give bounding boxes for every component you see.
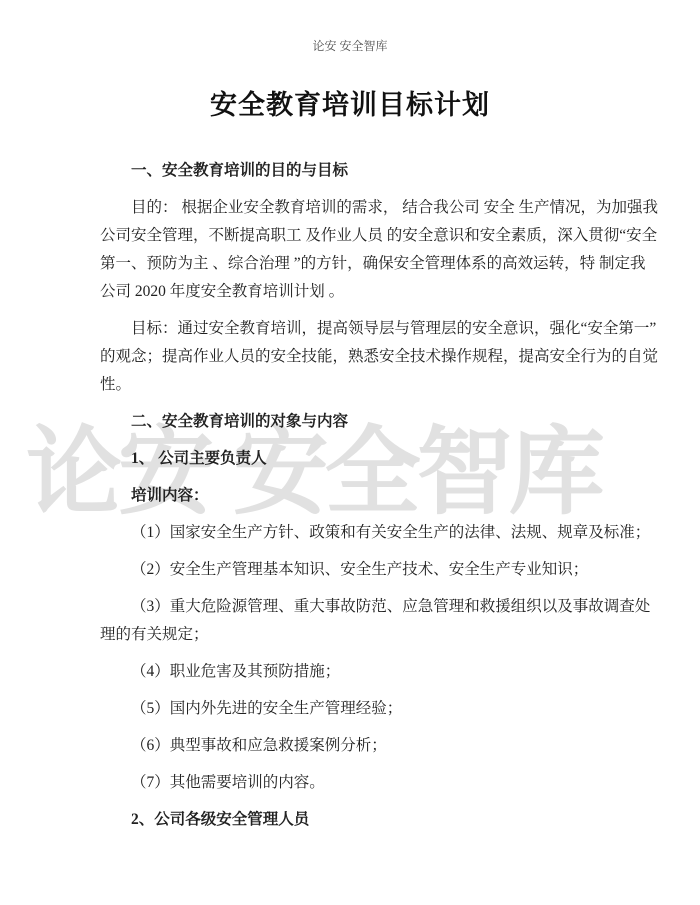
paragraph-line: （3）重大危险源管理、重大事故防范、应急管理和救援组织以及事故调查处 — [100, 593, 600, 621]
paragraph: （6）典型事故和应急救援案例分析； — [100, 732, 600, 760]
paragraph: （7）其他需要培训的内容。 — [100, 769, 600, 797]
paragraph: （4）职业危害及其预防措施； — [100, 658, 600, 686]
paragraph-line: 目的： 根据企业安全教育培训的需求， 结合我公司 安全 生产情况，为加强我 — [100, 194, 600, 222]
paragraph-line: （1）国家安全生产方针、政策和有关安全生产的法律、法规、规章及标准； — [100, 519, 600, 547]
paragraph-line: （4）职业危害及其预防措施； — [100, 658, 600, 686]
paragraph-line: 第一、预防为主 、综合治理 ”的方针，确保安全管理体系的高效运转，特 制定我 — [100, 250, 600, 278]
paragraph-line: 1、 公司主要负责人 — [100, 445, 600, 473]
paragraph: （3）重大危险源管理、重大事故防范、应急管理和救援组织以及事故调查处理的有关规定… — [100, 593, 600, 649]
paragraph: 2、公司各级安全管理人员 — [100, 806, 600, 834]
document-page: 论安 安全智库 论安 安全智库 安全教育培训目标计划 一、安全教育培训的目的与目… — [0, 0, 700, 905]
paragraph-line: 目标：通过安全教育培训，提高领导层与管理层的安全意识，强化“安全第一” — [100, 315, 600, 343]
paragraph: 培训内容： — [100, 482, 600, 510]
paragraph: 目标：通过安全教育培训，提高领导层与管理层的安全意识，强化“安全第一”的观念；提… — [100, 315, 600, 399]
paragraph-line: （2）安全生产管理基本知识、安全生产技术、安全生产专业知识； — [100, 556, 600, 584]
paragraph: （2）安全生产管理基本知识、安全生产技术、安全生产专业知识； — [100, 556, 600, 584]
paragraph-line: 一、安全教育培训的目的与目标 — [100, 157, 600, 185]
paragraph-line: 公司 2020 年度安全教育培训计划 。 — [100, 278, 600, 306]
paragraph-line: （7）其他需要培训的内容。 — [100, 769, 600, 797]
paragraph-line: 公司安全管理，不断提高职工 及作业人员 的安全意识和安全素质，深入贯彻“安全 — [100, 222, 600, 250]
document-body: 一、安全教育培训的目的与目标目的： 根据企业安全教育培训的需求， 结合我公司 安… — [100, 157, 600, 834]
paragraph: 目的： 根据企业安全教育培训的需求， 结合我公司 安全 生产情况，为加强我公司安… — [100, 194, 600, 306]
paragraph: （5）国内外先进的安全生产管理经验； — [100, 695, 600, 723]
document-title: 安全教育培训目标计划 — [0, 85, 700, 125]
paragraph-line: （5）国内外先进的安全生产管理经验； — [100, 695, 600, 723]
paragraph-line: 二、安全教育培训的对象与内容 — [100, 408, 600, 436]
paragraph: 二、安全教育培训的对象与内容 — [100, 408, 600, 436]
paragraph-line: 的观念；提高作业人员的安全技能，熟悉安全技术操作规程，提高安全行为的自觉 — [100, 343, 600, 371]
paragraph-line: 性。 — [100, 371, 600, 399]
paragraph-line: 2、公司各级安全管理人员 — [100, 806, 600, 834]
document-content: 论安 安全智库 安全教育培训目标计划 一、安全教育培训的目的与目标目的： 根据企… — [0, 0, 700, 834]
paragraph-line: 理的有关规定； — [100, 621, 600, 649]
paragraph-line: （6）典型事故和应急救援案例分析； — [100, 732, 600, 760]
document-header: 论安 安全智库 — [0, 0, 700, 54]
paragraph: 1、 公司主要负责人 — [100, 445, 600, 473]
paragraph: （1）国家安全生产方针、政策和有关安全生产的法律、法规、规章及标准； — [100, 519, 600, 547]
paragraph-line: 培训内容： — [100, 482, 600, 510]
paragraph: 一、安全教育培训的目的与目标 — [100, 157, 600, 185]
